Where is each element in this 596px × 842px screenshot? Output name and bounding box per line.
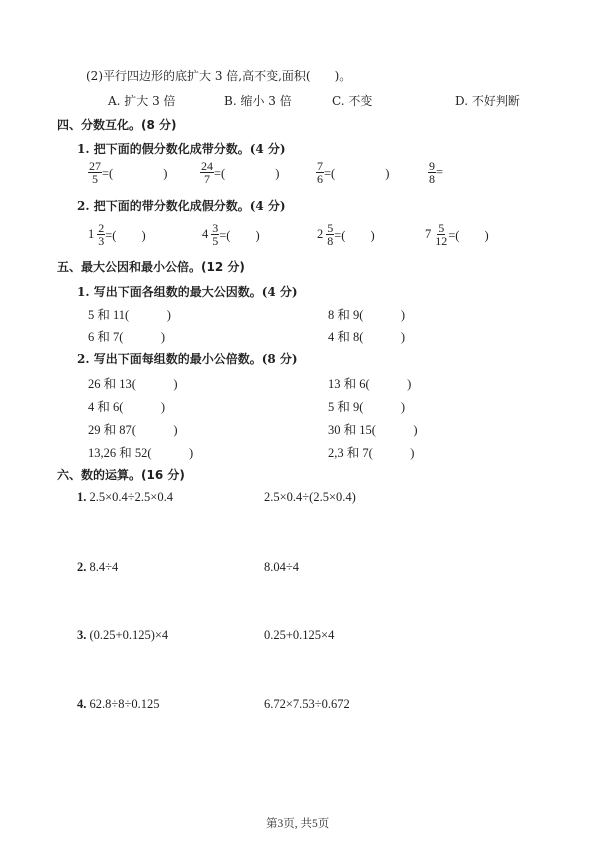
section-4-title: 四、分数互化。(8 分) — [57, 116, 177, 133]
lcm-item: 30 和 15( ) — [328, 420, 418, 438]
improper-fraction-item: 247=( ) — [200, 160, 279, 185]
lcm-item: 13 和 6( ) — [328, 374, 411, 392]
lcm-item: 2,3 和 7( ) — [328, 443, 414, 461]
mixed-number-item: 123=( ) — [88, 222, 146, 247]
calc-item-3: 3. (0.25+0.125)×4 — [77, 628, 168, 643]
expression-left: (0.25+0.125)×4 — [90, 628, 169, 642]
option-c: C. 不变 — [332, 92, 372, 109]
improper-fraction-item: 98= — [428, 160, 443, 185]
fraction: 512 — [434, 222, 448, 247]
expression-right: 8.04÷4 — [264, 560, 299, 575]
mixed-number-item: 7512=( ) — [425, 222, 489, 247]
section-6-title: 六、数的运算。(16 分) — [57, 466, 185, 483]
option-d: D. 不好判断 — [455, 92, 520, 109]
expression-right: 0.25+0.125×4 — [264, 628, 334, 643]
gcd-item: 6 和 7( ) — [88, 327, 165, 345]
fraction: 247 — [200, 160, 214, 185]
lcm-item: 26 和 13( ) — [88, 374, 178, 392]
expression-right: 6.72×7.53÷0.672 — [264, 697, 350, 712]
mixed-number-item: 435=( ) — [202, 222, 260, 247]
gcd-item: 5 和 11( ) — [88, 305, 171, 323]
section-5-title: 五、最大公因和最小公倍。(12 分) — [57, 258, 245, 275]
lcm-item: 4 和 6( ) — [88, 397, 165, 415]
lcm-item: 5 和 9( ) — [328, 397, 405, 415]
calc-item-1: 1. 2.5×0.4÷2.5×0.4 — [77, 490, 173, 505]
option-b: B. 缩小 3 倍 — [224, 92, 292, 109]
fraction: 98 — [428, 160, 436, 185]
option-a: A. 扩大 3 倍 — [108, 92, 176, 109]
item-number: 4. — [77, 697, 86, 711]
item-number: 1. — [77, 490, 86, 504]
mixed-number-item: 258=( ) — [317, 222, 375, 247]
page-number: 第3页, 共5页 — [266, 815, 329, 831]
calc-item-2: 2. 8.4÷4 — [77, 560, 118, 575]
calc-item-4: 4. 62.8÷8÷0.125 — [77, 697, 159, 712]
section-4-part-1-title: 1. 把下面的假分数化成带分数。(4 分) — [77, 140, 286, 157]
section-4-part-2-title: 2. 把下面的带分数化成假分数。(4 分) — [77, 197, 286, 214]
fraction: 76 — [316, 160, 324, 185]
question-3-2-stem: (2)平行四边形的底扩大 3 倍,高不变,面积( )。 — [86, 67, 351, 84]
expression-left: 2.5×0.4÷2.5×0.4 — [90, 490, 173, 504]
gcd-item: 4 和 8( ) — [328, 327, 405, 345]
lcm-item: 13,26 和 52( ) — [88, 443, 193, 461]
section-5-part-2-title: 2. 写出下面每组数的最小公倍数。(8 分) — [77, 350, 298, 367]
improper-fraction-item: 275=( ) — [88, 160, 167, 185]
improper-fraction-item: 76=( ) — [316, 160, 389, 185]
fraction: 275 — [88, 160, 102, 185]
expression-right: 2.5×0.4÷(2.5×0.4) — [264, 490, 356, 505]
expression-left: 8.4÷4 — [90, 560, 119, 574]
expression-left: 62.8÷8÷0.125 — [90, 697, 160, 711]
item-number: 2. — [77, 560, 86, 574]
gcd-item: 8 和 9( ) — [328, 305, 405, 323]
lcm-item: 29 和 87( ) — [88, 420, 178, 438]
item-number: 3. — [77, 628, 86, 642]
section-5-part-1-title: 1. 写出下面各组数的最大公因数。(4 分) — [77, 283, 298, 300]
